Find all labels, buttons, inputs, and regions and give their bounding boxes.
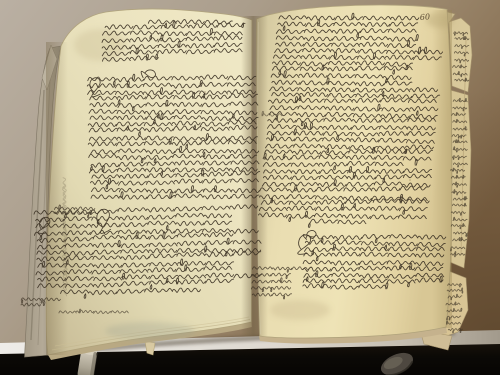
left-page	[46, 9, 252, 355]
folio-number: 60	[420, 12, 431, 22]
photo-scene: 60	[0, 0, 500, 375]
